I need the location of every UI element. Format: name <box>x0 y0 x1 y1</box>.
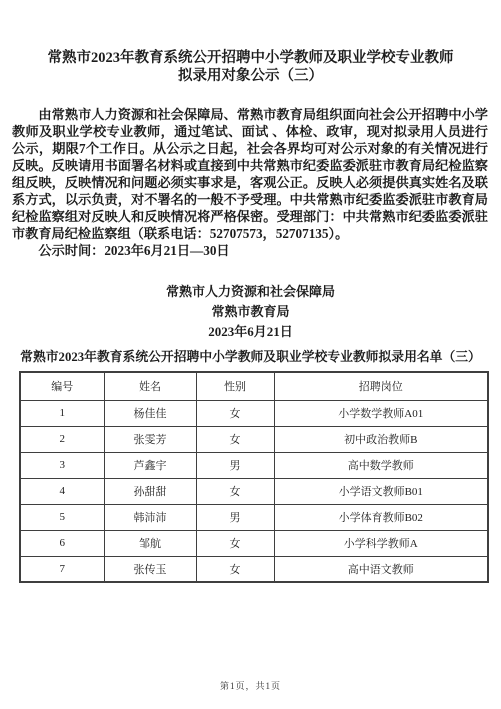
signature-org-hr-bureau: 常熟市人力资源和社会保障局 <box>0 282 501 302</box>
cell-name: 邹航 <box>104 530 196 556</box>
header-gender: 性别 <box>196 372 274 400</box>
publicity-period: 公示时间：2023年6月21日—30日 <box>12 242 488 259</box>
table-row: 1 杨佳佳 女 小学数学教师A01 <box>20 400 488 426</box>
page-footer: 第1页，共1页 <box>0 679 501 692</box>
cell-position: 初中政治教师B <box>274 426 488 452</box>
cell-position: 小学数学教师A01 <box>274 400 488 426</box>
cell-number: 5 <box>20 504 104 530</box>
cell-position: 小学语文教师B01 <box>274 478 488 504</box>
document-title-line1: 常熟市2023年教育系统公开招聘中小学教师及职业学校专业教师 <box>0 49 501 67</box>
cell-name: 杨佳佳 <box>104 400 196 426</box>
cell-name: 芦鑫宇 <box>104 452 196 478</box>
table-row: 2 张雯芳 女 初中政治教师B <box>20 426 488 452</box>
table-row: 4 孙甜甜 女 小学语文教师B01 <box>20 478 488 504</box>
roster-table: 编号 姓名 性别 招聘岗位 1 杨佳佳 女 小学数学教师A01 2 张雯芳 女 … <box>19 371 489 583</box>
cell-name: 张雯芳 <box>104 426 196 452</box>
cell-gender: 男 <box>196 504 274 530</box>
cell-gender: 女 <box>196 556 274 582</box>
cell-number: 6 <box>20 530 104 556</box>
cell-number: 4 <box>20 478 104 504</box>
cell-gender: 男 <box>196 452 274 478</box>
cell-name: 孙甜甜 <box>104 478 196 504</box>
document-title-line2: 拟录用对象公示（三） <box>0 67 501 85</box>
header-name: 姓名 <box>104 372 196 400</box>
cell-number: 3 <box>20 452 104 478</box>
cell-number: 2 <box>20 426 104 452</box>
cell-name: 韩沛沛 <box>104 504 196 530</box>
header-number: 编号 <box>20 372 104 400</box>
document-title: 常熟市2023年教育系统公开招聘中小学教师及职业学校专业教师 拟录用对象公示（三… <box>0 0 501 85</box>
cell-gender: 女 <box>196 400 274 426</box>
roster-table-title: 常熟市2023年教育系统公开招聘中小学教师及职业学校专业教师拟录用名单（三） <box>0 349 501 365</box>
table-row: 6 邹航 女 小学科学教师A <box>20 530 488 556</box>
signature-block: 常熟市人力资源和社会保障局 常熟市教育局 2023年6月21日 <box>0 282 501 342</box>
cell-position: 小学科学教师A <box>274 530 488 556</box>
table-row: 7 张传玉 女 高中语文教师 <box>20 556 488 582</box>
cell-position: 小学体育教师B02 <box>274 504 488 530</box>
table-row: 3 芦鑫宇 男 高中数学教师 <box>20 452 488 478</box>
cell-gender: 女 <box>196 530 274 556</box>
cell-gender: 女 <box>196 426 274 452</box>
cell-gender: 女 <box>196 478 274 504</box>
cell-number: 7 <box>20 556 104 582</box>
header-position: 招聘岗位 <box>274 372 488 400</box>
signature-date: 2023年6月21日 <box>0 322 501 342</box>
signature-org-education-bureau: 常熟市教育局 <box>0 302 501 322</box>
cell-number: 1 <box>20 400 104 426</box>
cell-position: 高中语文教师 <box>274 556 488 582</box>
table-row: 5 韩沛沛 男 小学体育教师B02 <box>20 504 488 530</box>
cell-position: 高中数学教师 <box>274 452 488 478</box>
announcement-paragraph: 由常熟市人力资源和社会保障局、常熟市教育局组织面向社会公开招聘中小学教师及职业学… <box>12 106 488 242</box>
table-header-row: 编号 姓名 性别 招聘岗位 <box>20 372 488 400</box>
document-page: 常熟市2023年教育系统公开招聘中小学教师及职业学校专业教师 拟录用对象公示（三… <box>0 0 501 709</box>
cell-name: 张传玉 <box>104 556 196 582</box>
